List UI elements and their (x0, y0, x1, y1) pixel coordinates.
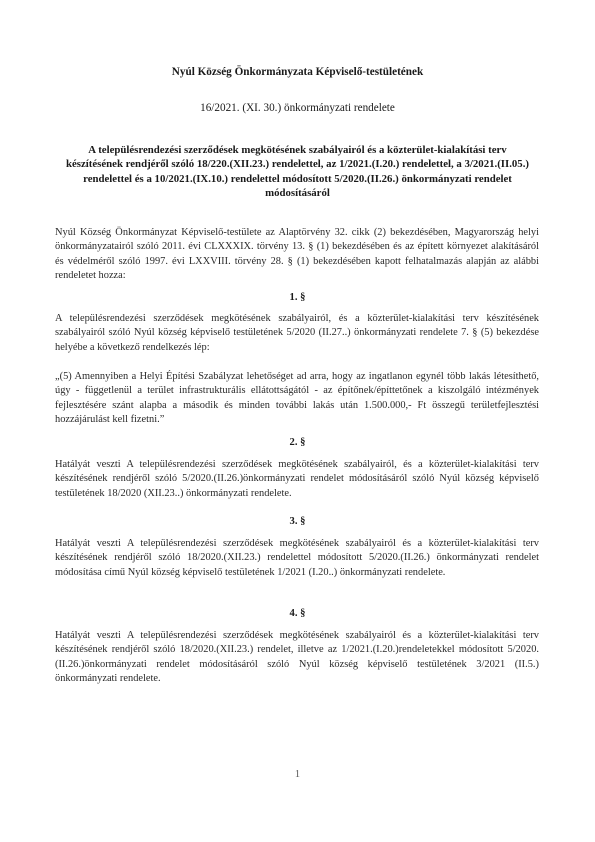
decree-number: 16/2021. (XI. 30.) önkormányzati rendele… (0, 102, 595, 114)
issuer-heading: Nyúl Község Önkormányzata Képviselő-test… (0, 66, 595, 78)
section-1-paragraph-2: „(5) Amennyiben a Helyi Építési Szabályz… (55, 370, 539, 428)
section-2-paragraph: Hatályát veszti A településrendezési sze… (55, 458, 539, 501)
document-page: Nyúl Község Önkormányzata Képviselő-test… (0, 0, 595, 842)
section-heading-3: 3. § (0, 516, 595, 527)
section-heading-4: 4. § (0, 608, 595, 619)
preamble: Nyúl Község Önkormányzat Képviselő-testü… (55, 226, 539, 284)
section-1-paragraph-1: A településrendezési szerződések megköté… (55, 312, 539, 355)
page-number: 1 (0, 769, 595, 780)
section-4-paragraph: Hatályát veszti A településrendezési sze… (55, 629, 539, 687)
section-3-paragraph: Hatályát veszti A településrendezési sze… (55, 537, 539, 580)
section-heading-2: 2. § (0, 437, 595, 448)
decree-title: A településrendezési szerződések megköté… (60, 143, 535, 200)
section-heading-1: 1. § (0, 292, 595, 303)
